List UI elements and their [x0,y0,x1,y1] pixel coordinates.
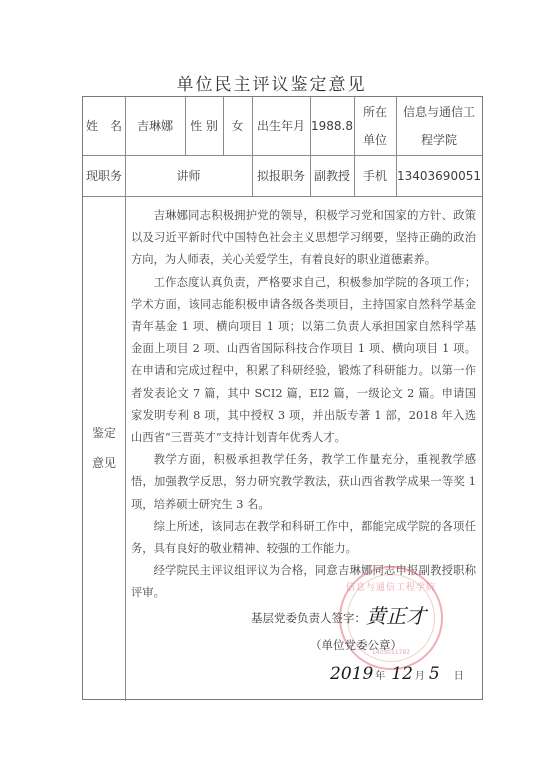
unit-label-line2: 单位 [363,126,387,154]
signature-label: 基层党委负责人签字： [251,610,366,626]
divider [83,196,482,197]
seal-text: 信息与通信工程学院 [341,580,441,593]
date-year: 2019 [330,664,373,684]
date-day-unit: 日 [454,667,464,682]
name-label: 姓 名 [83,97,125,155]
seal-note: （单位党委公章） [310,637,402,653]
proposed-value: 副教授 [310,155,354,196]
appraisal-label: 鉴定 意见 [83,196,125,699]
unit-value: 信息与通信工 程学院 [396,97,482,155]
unit-value-line2: 程学院 [421,126,457,154]
unit-label-line1: 所在 [363,98,387,126]
paragraph-teaching: 教学方面，积极承担教学任务，教学工作量充分，重视教学感悟，加强教学反思，努力研究… [131,449,476,516]
appraisal-label-line2: 意见 [92,448,116,478]
unit-value-line1: 信息与通信工 [403,98,475,126]
birth-label: 出生年月 [252,97,310,155]
proposed-label: 拟报职务 [252,155,310,196]
gender-label: 性 别 [185,97,223,155]
date-year-unit: 年 [375,667,385,682]
document-title: 单位民主评议鉴定意见 [0,70,543,95]
phone-value: 13403690051 [396,155,482,196]
unit-label: 所在 单位 [354,97,396,155]
date: 2019 年 12 月 5 日 [330,664,464,684]
position-label: 现职务 [83,155,125,196]
date-month: 12 [391,664,413,684]
paragraph-research: 工作态度认真负责，严格要求自己，积极参加学院的各项工作；学术方面，该同志能积极申… [131,272,476,450]
name-value: 吉琳娜 [125,97,185,155]
handwritten-signature: 黄正才 [366,600,426,629]
birth-value: 1988.8 [310,97,354,155]
phone-label: 手机 [354,155,396,196]
date-day: 5 [429,664,440,684]
position-value: 讲师 [125,155,252,196]
paragraph-political: 吉琳娜同志积极拥护党的领导，积极学习党和国家的方针、政策以及习近平新时代中国特色… [131,205,476,272]
appraisal-label-line1: 鉴定 [92,418,116,448]
appraisal-text: 吉琳娜同志积极拥护党的领导，积极学习党和国家的方针、政策以及习近平新时代中国特色… [131,205,476,605]
date-month-unit: 月 [415,667,425,682]
gender-value: 女 [223,97,252,155]
paragraph-summary: 综上所述，该同志在教学和科研工作中，都能完成学院的各项任务，具有良好的敬业精神、… [131,516,476,560]
